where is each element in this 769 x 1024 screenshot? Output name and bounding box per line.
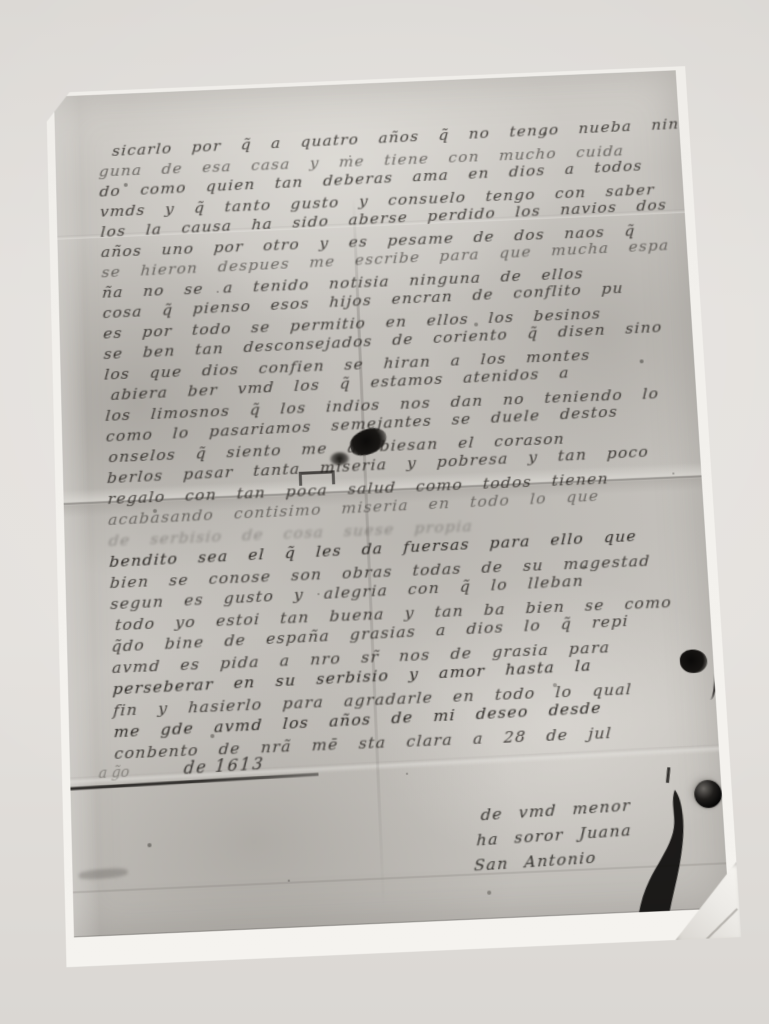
date-faint-prefix: a g̃o [98, 764, 130, 782]
smudge-bottom-left [78, 867, 128, 880]
desk-surface: sicarlo por q̃ a quatro años q̃ no tengo… [0, 0, 769, 1024]
seal-dot [693, 779, 722, 808]
date-text: de 1613 [183, 754, 266, 779]
letter-photograph: sicarlo por q̃ a quatro años q̃ no tengo… [46, 66, 741, 967]
ink-streak-tick [666, 767, 670, 783]
manuscript-page: sicarlo por q̃ a quatro años q̃ no tengo… [54, 70, 729, 937]
ink-streak [629, 787, 700, 917]
paper-specks [54, 97, 56, 99]
ink-correction-mark [299, 470, 335, 485]
handwriting-block: sicarlo por q̃ a quatro años q̃ no tengo… [98, 118, 709, 765]
